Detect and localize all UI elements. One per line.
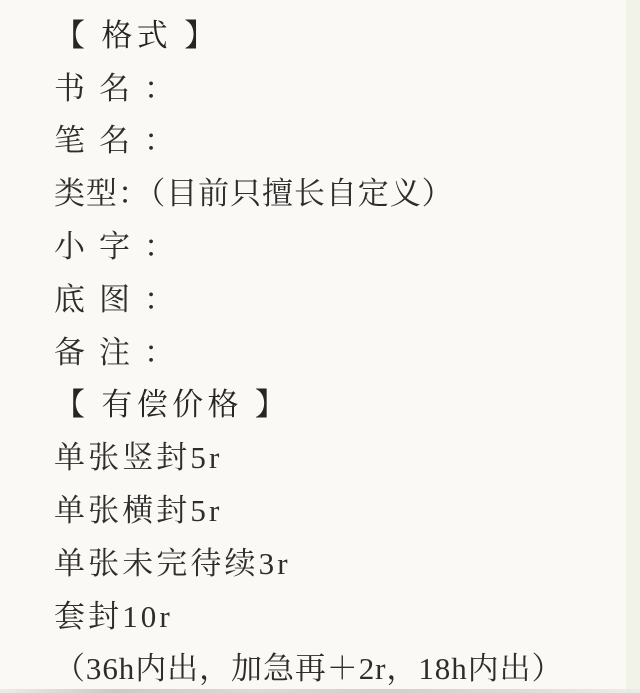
field-base-image: 底图： [54, 270, 640, 323]
note-turnaround: （36h内出，加急再＋2r，18h内出） [54, 640, 640, 693]
section-heading-format: 【 格式 】 [54, 6, 640, 59]
price-to-be-continued: 单张未完待续3r [54, 534, 640, 587]
price-horizontal-cover: 单张横封5r [54, 481, 640, 534]
right-edge-band [626, 0, 640, 693]
document-page: 【 格式 】 书名： 笔名： 类型：（目前只擅长自定义） 小字： 底图： 备注：… [0, 0, 640, 693]
field-small-text: 小字： [54, 217, 640, 270]
price-set-cover: 套封10r [54, 587, 640, 640]
price-vertical-cover: 单张竖封5r [54, 428, 640, 481]
field-pen-name: 笔名： [54, 112, 640, 165]
field-notes: 备注： [54, 323, 640, 376]
bottom-edge-smudge [0, 689, 640, 693]
field-type: 类型：（目前只擅长自定义） [54, 164, 640, 217]
section-heading-pricing: 【 有偿价格 】 [54, 376, 640, 429]
field-book-name: 书名： [54, 59, 640, 112]
